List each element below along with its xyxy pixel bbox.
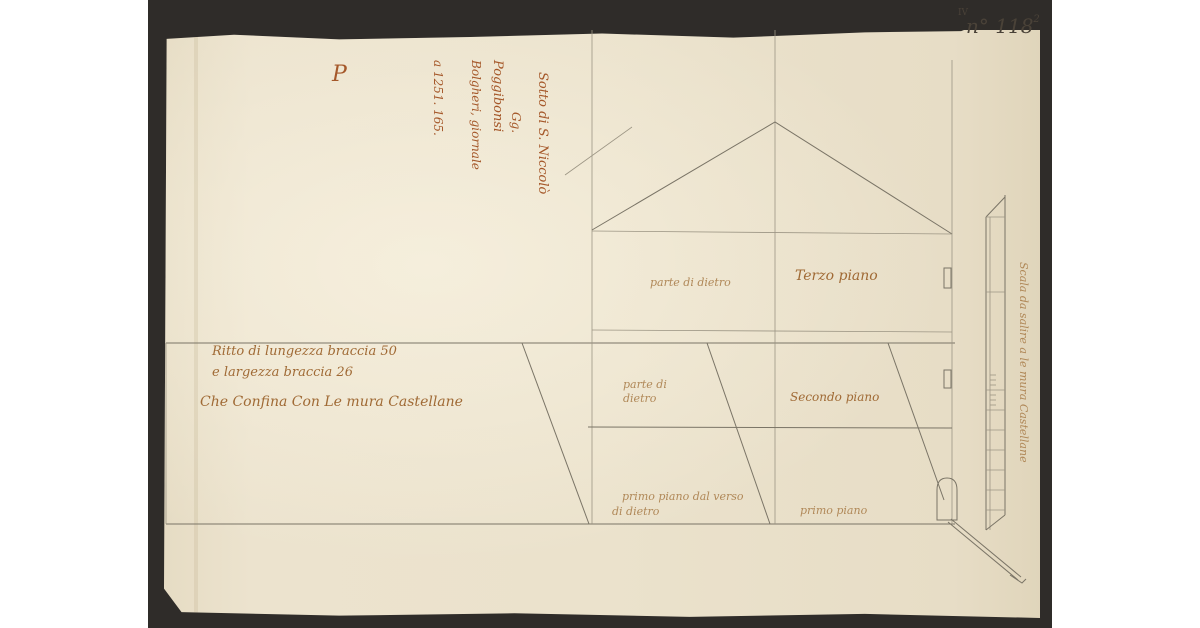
margin-mark: P bbox=[332, 62, 347, 87]
label-bottom-left-1: primo piano dal verso bbox=[622, 490, 744, 503]
label-third-floor: Terzo piano bbox=[795, 268, 878, 284]
label-mid-left-2: dietro bbox=[623, 392, 656, 405]
label-mid-left-1: parte di bbox=[623, 378, 667, 391]
folio-superscript: 2 bbox=[1033, 14, 1039, 25]
annotation-line-4: Bolgheri, giornale bbox=[469, 60, 483, 170]
annotation-line-5: a 1251. 165. bbox=[431, 60, 445, 136]
ladder-caption: Scala da salire a le mura Castellane bbox=[1017, 262, 1030, 463]
folio-main: n° 118 bbox=[966, 14, 1033, 38]
annotation-line-2: Gg. bbox=[509, 112, 523, 133]
annotation-line-3: Poggibonsi bbox=[490, 60, 505, 132]
dimension-width: e largezza braccia 26 bbox=[212, 365, 353, 380]
folio-roman: IV bbox=[958, 8, 968, 18]
label-first-floor: primo piano bbox=[800, 504, 867, 517]
folio-number: IV n° 1182 bbox=[966, 14, 1040, 38]
boundary-note: Che Confina Con Le mura Castellane bbox=[200, 394, 463, 410]
label-bottom-left-2: di dietro bbox=[612, 505, 659, 518]
dimension-length: Ritto di lungezza braccia 50 bbox=[212, 344, 397, 359]
label-second-floor: Secondo piano bbox=[790, 390, 879, 404]
door-arch bbox=[937, 478, 957, 520]
label-top-left: parte di dietro bbox=[650, 276, 731, 289]
annotation-line-1: Sotto di S. Niccolò bbox=[535, 72, 550, 194]
gable-roof bbox=[592, 122, 952, 234]
